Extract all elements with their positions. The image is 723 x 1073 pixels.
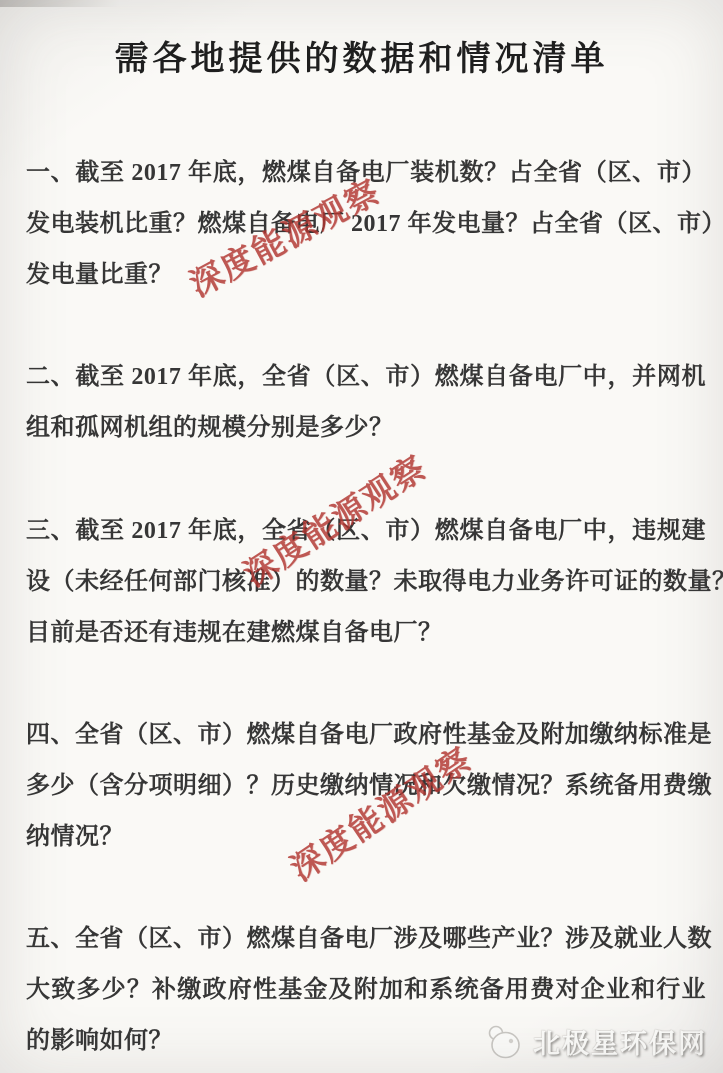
text-line: 五、全省（区、市）燃煤自备电厂涉及哪些产业？涉及就业人数: [26, 914, 706, 965]
site-logo: 北极星环保网: [484, 1022, 707, 1061]
text-line: 组和孤网机组的规模分别是多少？: [26, 403, 706, 454]
text-line: 设（未经任何部门核准）的数量？未取得电力业务许可证的数量？: [26, 557, 706, 608]
document-title: 需各地提供的数据和情况清单: [0, 34, 723, 86]
scanned-document-page: 需各地提供的数据和情况清单 一、截至 2017 年底，燃煤自备电厂装机数？占全省…: [0, 0, 723, 1073]
list-item-3: 三、截至 2017 年底，全省（区、市）燃煤自备电厂中，违规建设（未经任何部门核…: [26, 506, 706, 659]
text-line: 目前是否还有违规在建燃煤自备电厂？: [26, 608, 706, 659]
text-line: 二、截至 2017 年底，全省（区、市）燃煤自备电厂中，并网机: [26, 352, 706, 403]
list-item-2: 二、截至 2017 年底，全省（区、市）燃煤自备电厂中，并网机组和孤网机组的规模…: [26, 352, 706, 454]
site-logo-text: 北极星环保网: [533, 1022, 707, 1061]
text-line: 四、全省（区、市）燃煤自备电厂政府性基金及附加缴纳标准是: [26, 710, 706, 761]
text-line: 发电量比重？: [26, 250, 706, 301]
text-line: 大致多少？补缴政府性基金及附加和系统备用费对企业和行业: [26, 965, 706, 1016]
polaris-mascot-icon: [484, 1023, 526, 1061]
scan-edge-shadow: [0, 0, 120, 7]
